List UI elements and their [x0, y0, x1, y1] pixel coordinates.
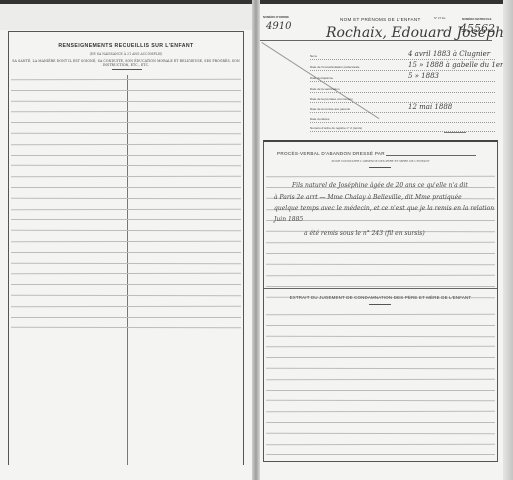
ruled-line [266, 378, 495, 380]
left-page-subtitle: (DE SA NAISSANCE À 21 ANS ACCOMPLIS) [9, 52, 243, 56]
ruled-line [11, 197, 241, 199]
field-value: 15 » 1888 à gabelle du 1er janvier [408, 61, 513, 69]
dotted-leader [310, 81, 495, 82]
field-first-communion-date: Date de la première communion [310, 96, 495, 104]
ruled-line [11, 295, 241, 297]
left-page-top-margin [0, 4, 252, 30]
ruled-line [266, 400, 495, 402]
child-name-header: NOM ET PRÉNOMS DE L'ENFANT [340, 17, 421, 22]
ruled-line [11, 165, 241, 167]
ruled-line [11, 100, 241, 102]
ruled-line [266, 357, 495, 358]
ornament-divider [112, 69, 142, 70]
ruled-line [266, 443, 495, 445]
ruled-line [11, 155, 241, 156]
field-label: Numéro d'ordre du registre n° 2 (remis) [310, 126, 362, 130]
ruled-line [266, 390, 495, 391]
field-label: Date de la première communion [310, 97, 353, 101]
numero-ordre-label: NUMÉRO D'ORDRE [263, 15, 289, 19]
dotted-leader [310, 70, 495, 71]
ruled-line [11, 262, 241, 264]
ruled-line [11, 273, 241, 275]
right-page-frame: PROCÈS-VERBAL D'ABANDON DRESSÉ PAR POUR … [263, 140, 498, 462]
field-vaccination-date: Date de la vaccination [310, 86, 495, 94]
ruled-line [266, 264, 495, 266]
proces-verbal-subtitle: POUR CONSTATER L'ABSENCE DES PÈRE ET MÈR… [264, 159, 497, 163]
field-label: Date de la vaccination [310, 87, 340, 91]
dotted-leader [310, 102, 495, 103]
handwritten-line: a été remis sous le n° 243 (fil en sursi… [304, 230, 425, 237]
ruled-line [266, 422, 495, 423]
left-page-frame: RENSEIGNEMENTS RECUEILLIS SUR L'ENFANT (… [8, 31, 244, 465]
field-baptism-date: Date du baptême 5 » 1883 [310, 75, 495, 83]
ruled-line [11, 230, 241, 232]
extrait-title: EXTRAIT DU JUGEMENT DE CONDAMNATION DES … [264, 295, 497, 300]
ruled-line [11, 176, 241, 178]
dotted-leader [310, 59, 495, 60]
ruled-line [11, 122, 241, 123]
ruled-line [266, 314, 495, 316]
field-label: Né le [310, 54, 317, 58]
book-gutter [252, 0, 260, 480]
child-name-value: Rochaix, Edouard Joseph [326, 25, 504, 41]
name-underline [260, 40, 492, 41]
page-edge [503, 0, 513, 480]
ruled-line [266, 253, 495, 254]
handwritten-line: Juin 1885 [274, 216, 303, 223]
proces-verbal-title: PROCÈS-VERBAL D'ABANDON DRESSÉ PAR [277, 151, 385, 156]
ruled-line [11, 90, 241, 91]
ruled-line [266, 335, 495, 337]
section-divider [264, 288, 497, 289]
ruled-line [11, 252, 241, 253]
ruled-line [11, 133, 241, 135]
ruled-line [266, 346, 495, 348]
ruled-line [11, 111, 241, 113]
field-label: Date de la remise aux parents [310, 107, 350, 111]
left-page-description: SA SANTÉ, LA MANIÈRE DONT IL EST SOIGNÉ,… [9, 59, 243, 67]
ornament-divider [369, 304, 391, 305]
field-register-number: Numéro d'ordre du registre n° 2 (remis) [310, 125, 495, 133]
ruled-line [266, 432, 495, 434]
ruled-line [11, 187, 241, 188]
handwritten-line: Fils naturel de Joséphine âgée de 20 ans… [292, 182, 468, 189]
ruled-line [11, 208, 241, 210]
handwritten-line: quelque temps avec le médecin, et ce n'e… [274, 205, 494, 212]
dotted-leader [310, 122, 495, 123]
register-scan: RENSEIGNEMENTS RECUEILLIS SUR L'ENFANT (… [0, 0, 513, 480]
field-label: Date du décès [310, 117, 329, 121]
dotted-leader [310, 92, 495, 93]
left-page-title: RENSEIGNEMENTS RECUEILLIS SUR L'ENFANT [9, 43, 243, 49]
ruled-line [266, 286, 495, 287]
section-end-mark [444, 132, 466, 133]
ruled-line [266, 368, 495, 370]
ruled-line [266, 325, 495, 326]
field-value: 12 mai 1888 [408, 103, 452, 111]
ruled-line [11, 143, 241, 145]
header-mid-small: N° 27 bis [434, 16, 445, 20]
field-value: 4 avril 1883 à Clugnier [408, 50, 490, 58]
ruled-line [266, 275, 495, 277]
dotted-leader [310, 131, 495, 132]
ruled-line [266, 176, 495, 178]
numero-matricule-label: NUMÉRO MATRICULE [462, 17, 491, 21]
field-value: 5 » 1883 [408, 72, 439, 80]
ruled-line [11, 327, 241, 329]
numero-ordre-value: 4910 [266, 21, 291, 32]
ornament-divider [369, 167, 391, 168]
field-death-date: Date du décès [310, 116, 495, 124]
field-immatriculation-date: Date de l'immatriculation préfectorale 1… [310, 64, 495, 72]
ruled-line [11, 219, 241, 220]
ruled-line [11, 79, 241, 81]
ruled-line [266, 242, 495, 244]
ruled-line [11, 241, 241, 243]
field-birth-date: Né le 4 avril 1883 à Clugnier [310, 53, 495, 61]
field-label: Date de l'immatriculation préfectorale [310, 65, 359, 69]
ruled-line [266, 454, 495, 455]
ruled-line [11, 284, 241, 285]
dotted-leader [310, 112, 495, 113]
field-label: Date du baptême [310, 76, 333, 80]
ruled-line [266, 411, 495, 413]
ruled-line [11, 305, 241, 307]
field-return-to-parents-date: Date de la remise aux parents 12 mai 188… [310, 106, 495, 114]
proces-verbal-blank-line [386, 155, 476, 156]
handwritten-line: à Paris 2e arrt — Mme Chalay à Bellevill… [274, 194, 462, 201]
ruled-line [11, 317, 241, 318]
